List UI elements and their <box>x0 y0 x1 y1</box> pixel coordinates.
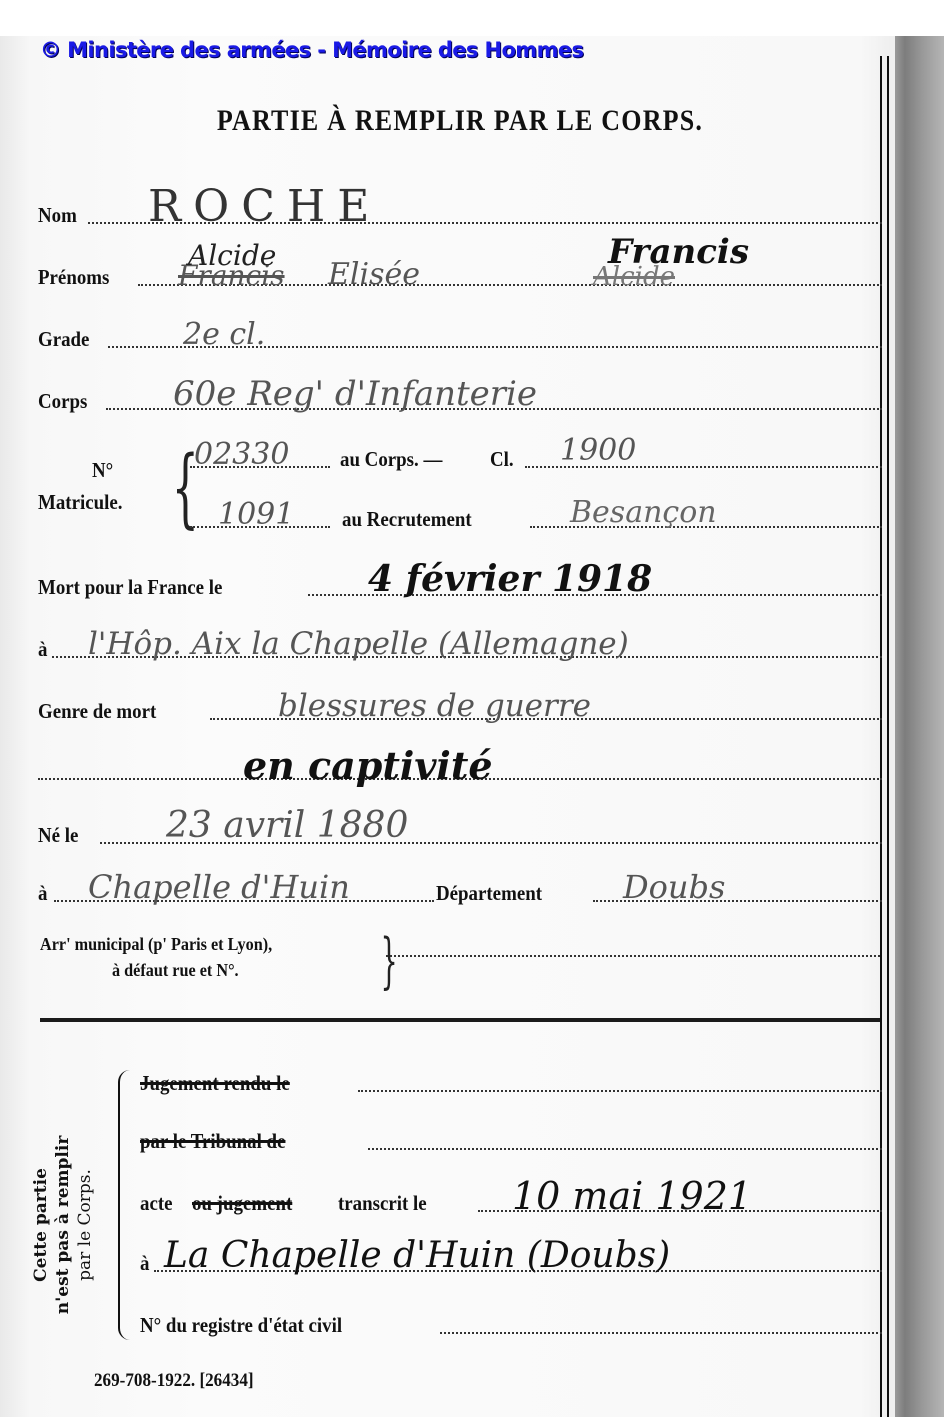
field-corps: Corps 60e Reg' d'Infanterie <box>38 378 882 418</box>
border-line <box>887 56 889 1417</box>
matricule-corps-value: 02330 <box>194 437 289 472</box>
field-tribunal: par le Tribunal de <box>140 1118 882 1158</box>
side-brace <box>118 1070 132 1340</box>
genre-mort-value: blessures de guerre <box>278 688 591 724</box>
lieu-mort-label: à <box>38 637 47 662</box>
field-naissance: Né le 23 avril 1880 <box>38 812 882 852</box>
acte-date-value: 10 mai 1921 <box>512 1174 752 1218</box>
genre-mort-label: Genre de mort <box>38 699 156 724</box>
arrondissement-label-2: à défaut rue et N°. <box>112 960 239 981</box>
side-note-line-3: par le Corps. <box>74 1110 96 1340</box>
mort-label: Mort pour la France le <box>38 575 222 600</box>
side-note-line-1: Cette partie <box>30 1110 52 1340</box>
acte-struck-label: ou jugement <box>192 1191 292 1216</box>
field-jugement: Jugement rendu le <box>140 1060 882 1100</box>
field-mort: Mort pour la France le 4 février 1918 <box>38 564 882 604</box>
section-divider <box>40 1018 880 1022</box>
naissance-value: 23 avril 1880 <box>166 805 408 846</box>
classe-label: Cl. <box>490 447 514 472</box>
field-nom: Nom ROCHE <box>38 192 882 232</box>
corps-value: 60e Reg' d'Infanterie <box>173 374 537 414</box>
prenoms-label: Prénoms <box>38 265 109 290</box>
field-acte-lieu: à La Chapelle d'Huin (Doubs) <box>140 1240 882 1280</box>
field-prenoms: Prénoms Francis Alcide Elisée Alcide Fra… <box>38 254 882 294</box>
prenom-correction-2: Francis <box>608 232 749 272</box>
side-note-line-2: n'est pas à remplir <box>52 1110 74 1340</box>
field-acte: acte ou jugement transcrit le 10 mai 192… <box>140 1180 882 1220</box>
tribunal-label: par le Tribunal de <box>140 1129 285 1154</box>
grade-value: 2e cl. <box>183 317 265 352</box>
acte-lieu-label: à <box>140 1251 149 1276</box>
acte-lieu-value: La Chapelle d'Huin (Doubs) <box>164 1235 670 1276</box>
lieu-naissance-value: Chapelle d'Huin <box>88 868 350 906</box>
brace-icon: } <box>381 926 398 996</box>
matricule-label: Matricule. <box>38 490 122 515</box>
departement-value: Doubs <box>623 868 725 906</box>
lieu-mort-value: l'Hôp. Aix la Chapelle (Allemagne) <box>88 626 629 662</box>
field-genre-mort: Genre de mort blessures de guerre <box>38 688 882 728</box>
matricule-corps-row: 02330 au Corps. — Cl. 1900 <box>190 436 882 476</box>
form-reference: 269-708-1922. [26434] <box>94 1370 254 1392</box>
naissance-label: Né le <box>38 823 78 848</box>
dotted-line <box>440 1332 882 1334</box>
jugement-label: Jugement rendu le <box>140 1071 290 1096</box>
field-grade: Grade 2e cl. <box>38 316 882 356</box>
field-lieu-mort: à l'Hôp. Aix la Chapelle (Allemagne) <box>38 626 882 666</box>
watermark: © Ministère des armées - Mémoire des Hom… <box>40 38 583 62</box>
departement-label: Département <box>436 881 542 906</box>
grade-label: Grade <box>38 327 89 352</box>
field-genre-mort-2: en captivité <box>38 748 882 788</box>
field-lieu-naissance: à Chapelle d'Huin Département Doubs <box>38 870 882 910</box>
nom-value: ROCHE <box>148 181 381 232</box>
classe-value: 1900 <box>560 433 636 468</box>
au-corps-label: au Corps. — <box>340 447 442 472</box>
mort-value: 4 février 1918 <box>368 558 652 600</box>
matricule-recrutement-row: 1091 au Recrutement Besançon <box>190 496 882 536</box>
transcrit-label: transcrit le <box>338 1191 427 1216</box>
nom-label: Nom <box>38 203 77 228</box>
matricule-label-no: N° <box>92 458 113 483</box>
arrondissement-label-1: Arr' municipal (p' Paris et Lyon), <box>40 934 272 955</box>
field-registre: N° du registre d'état civil <box>140 1302 882 1342</box>
side-note: Cette partie n'est pas à remplir par le … <box>30 1110 130 1340</box>
dotted-line <box>368 1148 882 1150</box>
recrutement-value: Besançon <box>570 495 717 530</box>
registre-label: N° du registre d'état civil <box>140 1313 342 1338</box>
form-title: PARTIE À REMPLIR PAR LE CORPS. <box>0 104 920 138</box>
lieu-naissance-label: à <box>38 881 47 906</box>
page-edge-shadow <box>895 36 944 1417</box>
acte-label: acte <box>140 1191 173 1216</box>
dotted-line <box>386 955 880 957</box>
genre-mort-value-2: en captivité <box>243 743 493 788</box>
corps-label: Corps <box>38 389 87 414</box>
dotted-line <box>358 1090 882 1092</box>
au-recrutement-label: au Recrutement <box>342 507 472 532</box>
prenom-correction-1: Alcide <box>188 239 276 272</box>
prenom-2: Elisée <box>328 257 420 292</box>
matricule-recrutement-value: 1091 <box>218 497 294 532</box>
